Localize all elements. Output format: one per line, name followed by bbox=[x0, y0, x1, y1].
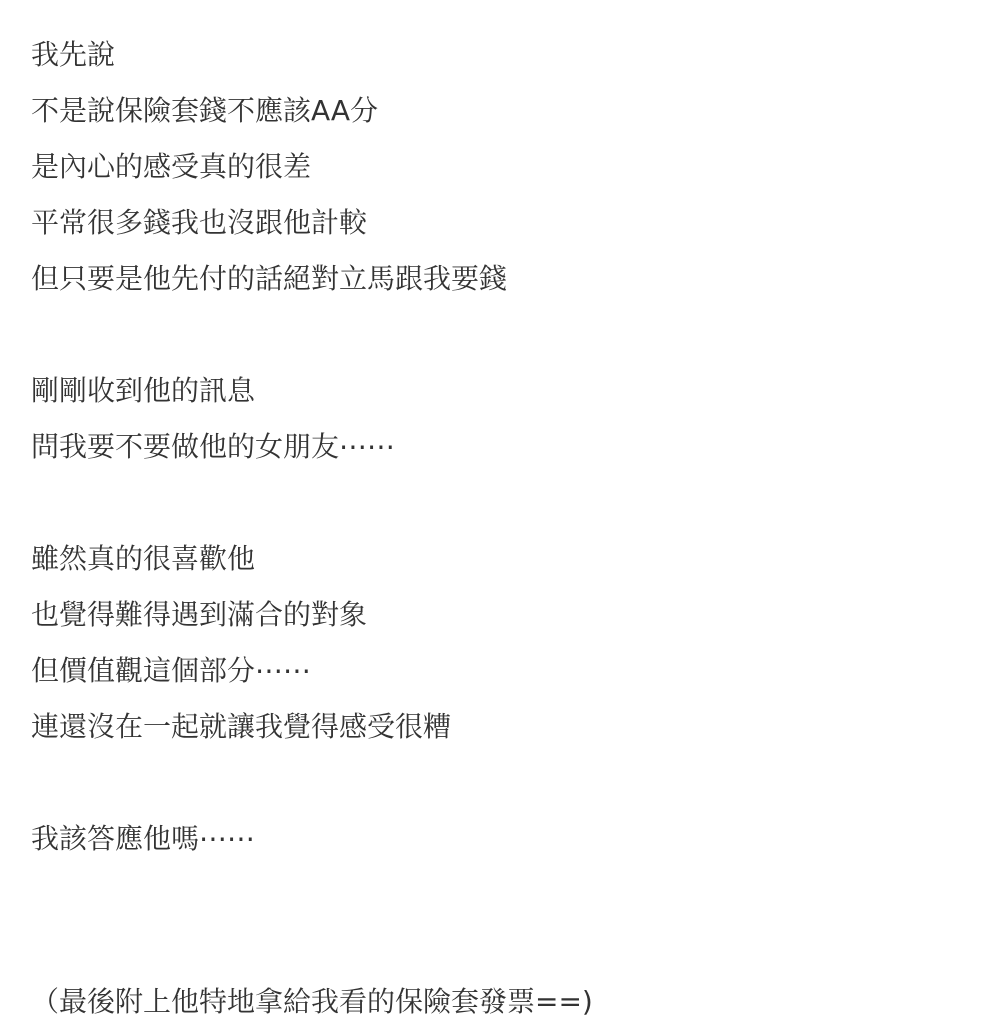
text-line: 平常很多錢我也沒跟他計較 bbox=[31, 195, 971, 251]
text-line: 問我要不要做他的女朋友⋯⋯ bbox=[31, 419, 971, 475]
text-line: 不是說保險套錢不應該AA分 bbox=[31, 83, 971, 139]
text-line: 連還沒在一起就讓我覺得感受很糟 bbox=[31, 699, 971, 755]
text-line: 但只要是他先付的話絕對立馬跟我要錢 bbox=[31, 251, 971, 307]
post-body: 我先說 不是說保險套錢不應該AA分 是內心的感受真的很差 平常很多錢我也沒跟他計… bbox=[31, 27, 971, 867]
text-line: 雖然真的很喜歡他 bbox=[31, 531, 971, 587]
text-line: 但價值觀這個部分⋯⋯ bbox=[31, 643, 971, 699]
paragraph: 剛剛收到他的訊息 問我要不要做他的女朋友⋯⋯ bbox=[31, 363, 971, 475]
text-line: 是內心的感受真的很差 bbox=[31, 139, 971, 195]
paragraph-spacer bbox=[31, 307, 971, 363]
paragraph: 我該答應他嗎⋯⋯ bbox=[31, 811, 971, 867]
text-line: 也覺得難得遇到滿合的對象 bbox=[31, 587, 971, 643]
text-line: 剛剛收到他的訊息 bbox=[31, 363, 971, 419]
paragraph-spacer bbox=[31, 475, 971, 531]
paragraph-spacer bbox=[31, 755, 971, 811]
footer-note: （最後附上他特地拿給我看的保險套發票==) bbox=[31, 974, 593, 1030]
paragraph: 我先說 不是說保險套錢不應該AA分 是內心的感受真的很差 平常很多錢我也沒跟他計… bbox=[31, 27, 971, 307]
text-line: 我先說 bbox=[31, 27, 971, 83]
text-line: 我該答應他嗎⋯⋯ bbox=[31, 811, 971, 867]
paragraph: 雖然真的很喜歡他 也覺得難得遇到滿合的對象 但價值觀這個部分⋯⋯ 連還沒在一起就… bbox=[31, 531, 971, 755]
